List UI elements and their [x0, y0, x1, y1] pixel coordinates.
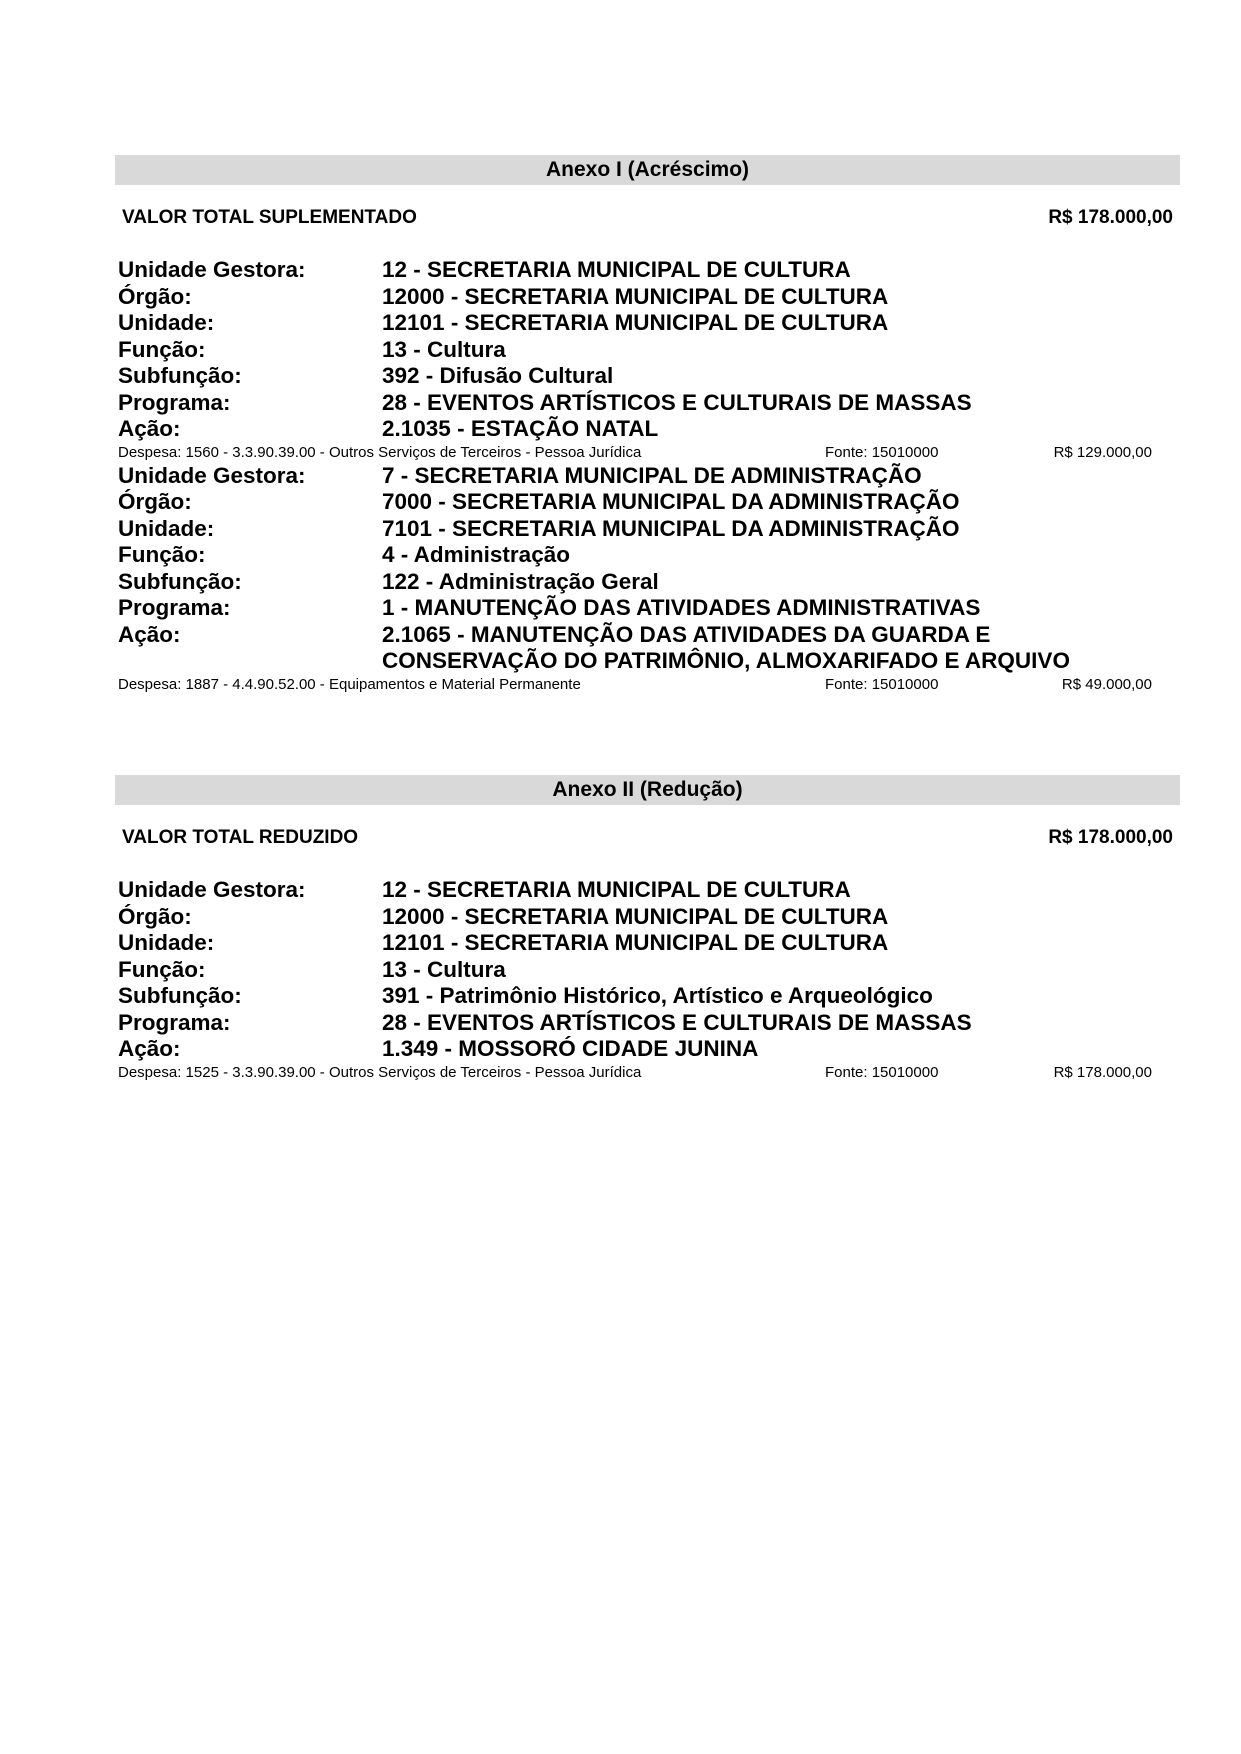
- expense-description: Despesa: 1887 - 4.4.90.52.00 - Equipamen…: [118, 676, 581, 694]
- field-row: Ação:1.349 - MOSSORÓ CIDADE JUNINA: [115, 1036, 1180, 1063]
- field-row: Ação:2.1065 - MANUTENÇÃO DAS ATIVIDADES …: [115, 622, 1180, 675]
- expense-fonte: Fonte: 15010000: [825, 444, 938, 462]
- field-value: 13 - Cultura: [382, 957, 1180, 984]
- total-value: R$ 178.000,00: [1048, 823, 1173, 853]
- field-label: Unidade:: [118, 310, 214, 337]
- field-row: Programa:1 - MANUTENÇÃO DAS ATIVIDADES A…: [115, 595, 1180, 622]
- total-row: VALOR TOTAL REDUZIDO R$ 178.000,00: [115, 823, 1180, 853]
- field-label: Órgão:: [118, 489, 192, 516]
- field-label: Função:: [118, 542, 206, 569]
- annex-title: Anexo I (Acréscimo): [115, 155, 1180, 185]
- field-value: 28 - EVENTOS ARTÍSTICOS E CULTURAIS DE M…: [382, 1010, 1180, 1037]
- field-label: Órgão:: [118, 904, 192, 931]
- field-label: Ação:: [118, 1036, 181, 1063]
- budget-block: Unidade Gestora:12 - SECRETARIA MUNICIPA…: [115, 257, 1180, 462]
- field-value: 7 - SECRETARIA MUNICIPAL DE ADMINISTRAÇÃ…: [382, 463, 1180, 490]
- field-value: 122 - Administração Geral: [382, 569, 1180, 596]
- field-row: Unidade:7101 - SECRETARIA MUNICIPAL DA A…: [115, 516, 1180, 543]
- field-row: Órgão:7000 - SECRETARIA MUNICIPAL DA ADM…: [115, 489, 1180, 516]
- field-label: Unidade:: [118, 930, 214, 957]
- field-label: Unidade:: [118, 516, 214, 543]
- field-label: Ação:: [118, 622, 181, 649]
- expense-description: Despesa: 1560 - 3.3.90.39.00 - Outros Se…: [118, 444, 641, 462]
- field-row: Subfunção:392 - Difusão Cultural: [115, 363, 1180, 390]
- field-label: Unidade Gestora:: [118, 877, 306, 904]
- field-label: Ação:: [118, 416, 181, 443]
- expense-fonte: Fonte: 15010000: [825, 1064, 938, 1082]
- field-value: 2.1035 - ESTAÇÃO NATAL: [382, 416, 1180, 443]
- budget-block: Unidade Gestora:7 - SECRETARIA MUNICIPAL…: [115, 463, 1180, 694]
- expense-row: Despesa: 1525 - 3.3.90.39.00 - Outros Se…: [115, 1064, 1180, 1082]
- field-value: 391 - Patrimônio Histórico, Artístico e …: [382, 983, 1180, 1010]
- expense-row: Despesa: 1887 - 4.4.90.52.00 - Equipamen…: [115, 676, 1180, 694]
- expense-fonte: Fonte: 15010000: [825, 676, 938, 694]
- budget-block: Unidade Gestora:12 - SECRETARIA MUNICIPA…: [115, 877, 1180, 1082]
- field-row: Subfunção:122 - Administração Geral: [115, 569, 1180, 596]
- field-value: 13 - Cultura: [382, 337, 1180, 364]
- field-row: Programa:28 - EVENTOS ARTÍSTICOS E CULTU…: [115, 390, 1180, 417]
- field-value: 12101 - SECRETARIA MUNICIPAL DE CULTURA: [382, 930, 1180, 957]
- field-value: 1 - MANUTENÇÃO DAS ATIVIDADES ADMINISTRA…: [382, 595, 1180, 622]
- total-label: VALOR TOTAL REDUZIDO: [122, 823, 358, 853]
- field-label: Programa:: [118, 390, 231, 417]
- field-value: 12000 - SECRETARIA MUNICIPAL DE CULTURA: [382, 284, 1180, 311]
- field-value: 28 - EVENTOS ARTÍSTICOS E CULTURAIS DE M…: [382, 390, 1180, 417]
- annex-title: Anexo II (Redução): [115, 775, 1180, 805]
- field-value: 12000 - SECRETARIA MUNICIPAL DE CULTURA: [382, 904, 1180, 931]
- total-value: R$ 178.000,00: [1048, 203, 1173, 233]
- expense-value: R$ 49.000,00: [1062, 676, 1152, 694]
- field-row: Subfunção:391 - Patrimônio Histórico, Ar…: [115, 983, 1180, 1010]
- expense-value: R$ 178.000,00: [1054, 1064, 1152, 1082]
- field-row: Função:13 - Cultura: [115, 957, 1180, 984]
- field-label: Órgão:: [118, 284, 192, 311]
- field-label: Subfunção:: [118, 363, 242, 390]
- field-label: Unidade Gestora:: [118, 463, 306, 490]
- field-value: 12 - SECRETARIA MUNICIPAL DE CULTURA: [382, 877, 1180, 904]
- field-label: Subfunção:: [118, 983, 242, 1010]
- field-label: Unidade Gestora:: [118, 257, 306, 284]
- expense-description: Despesa: 1525 - 3.3.90.39.00 - Outros Se…: [118, 1064, 641, 1082]
- field-value: 2.1065 - MANUTENÇÃO DAS ATIVIDADES DA GU…: [382, 622, 1180, 675]
- field-row: Unidade Gestora:12 - SECRETARIA MUNICIPA…: [115, 877, 1180, 904]
- field-label: Subfunção:: [118, 569, 242, 596]
- field-label: Função:: [118, 957, 206, 984]
- total-row: VALOR TOTAL SUPLEMENTADO R$ 178.000,00: [115, 203, 1180, 233]
- field-row: Órgão:12000 - SECRETARIA MUNICIPAL DE CU…: [115, 904, 1180, 931]
- expense-row: Despesa: 1560 - 3.3.90.39.00 - Outros Se…: [115, 444, 1180, 462]
- field-label: Programa:: [118, 1010, 231, 1037]
- field-value: 4 - Administração: [382, 542, 1180, 569]
- field-row: Programa:28 - EVENTOS ARTÍSTICOS E CULTU…: [115, 1010, 1180, 1037]
- field-value: 392 - Difusão Cultural: [382, 363, 1180, 390]
- field-row: Ação:2.1035 - ESTAÇÃO NATAL: [115, 416, 1180, 443]
- field-row: Unidade:12101 - SECRETARIA MUNICIPAL DE …: [115, 930, 1180, 957]
- field-row: Unidade Gestora:12 - SECRETARIA MUNICIPA…: [115, 257, 1180, 284]
- field-value: 7101 - SECRETARIA MUNICIPAL DA ADMINISTR…: [382, 516, 1180, 543]
- expense-value: R$ 129.000,00: [1054, 444, 1152, 462]
- field-label: Programa:: [118, 595, 231, 622]
- total-label: VALOR TOTAL SUPLEMENTADO: [122, 203, 417, 233]
- field-row: Unidade Gestora:7 - SECRETARIA MUNICIPAL…: [115, 463, 1180, 490]
- field-label: Função:: [118, 337, 206, 364]
- field-row: Função:4 - Administração: [115, 542, 1180, 569]
- annex-reducao: Anexo II (Redução) VALOR TOTAL REDUZIDO …: [115, 775, 1180, 1083]
- field-value: 12101 - SECRETARIA MUNICIPAL DE CULTURA: [382, 310, 1180, 337]
- budget-blocks: Unidade Gestora:12 - SECRETARIA MUNICIPA…: [115, 257, 1180, 694]
- annex-acrescimo: Anexo I (Acréscimo) VALOR TOTAL SUPLEMEN…: [115, 155, 1180, 695]
- field-row: Unidade:12101 - SECRETARIA MUNICIPAL DE …: [115, 310, 1180, 337]
- field-row: Função:13 - Cultura: [115, 337, 1180, 364]
- field-value: 12 - SECRETARIA MUNICIPAL DE CULTURA: [382, 257, 1180, 284]
- field-value: 1.349 - MOSSORÓ CIDADE JUNINA: [382, 1036, 1180, 1063]
- budget-blocks: Unidade Gestora:12 - SECRETARIA MUNICIPA…: [115, 877, 1180, 1082]
- field-value: 7000 - SECRETARIA MUNICIPAL DA ADMINISTR…: [382, 489, 1180, 516]
- field-row: Órgão:12000 - SECRETARIA MUNICIPAL DE CU…: [115, 284, 1180, 311]
